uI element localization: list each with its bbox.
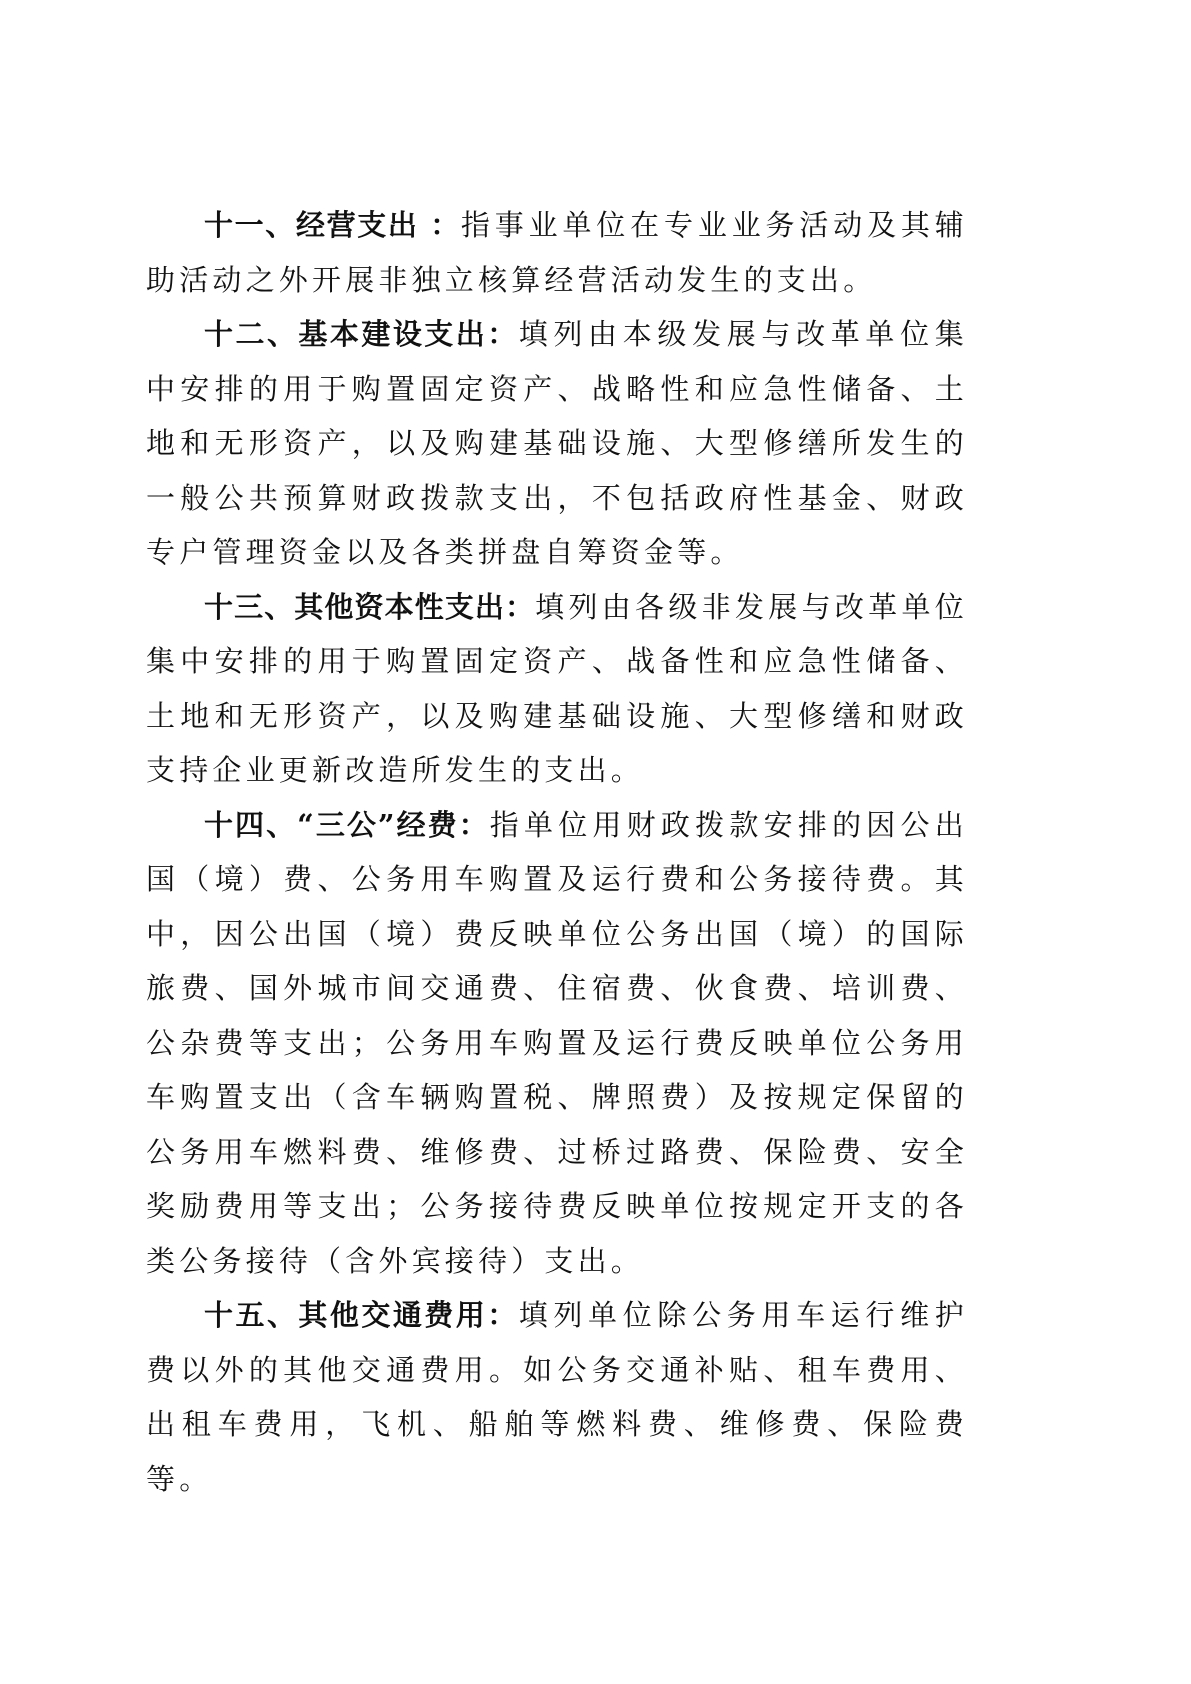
paragraph-capital-construction: 十二、基本建设支出：填列由本级发展与改革单位集中安排的用于购置固定资产、战略性和… [146, 307, 968, 580]
paragraph-three-public-expenses: 十四、“三公”经费：指单位用财政拨款安排的因公出国（境）费、公务用车购置及运行费… [146, 798, 968, 1289]
paragraph-heading: 十四、“三公”经费： [204, 808, 490, 842]
paragraph-heading: 十三、其他资本性支出： [204, 590, 535, 624]
paragraph-body: 填列由本级发展与改革单位集中安排的用于购置固定资产、战略性和应急性储备、土地和无… [146, 317, 968, 569]
paragraph-heading: 十二、基本建设支出： [204, 317, 519, 351]
paragraph-body: 指单位用财政拨款安排的因公出国（境）费、公务用车购置及运行费和公务接待费。其中，… [146, 808, 968, 1278]
paragraph-heading: 十五、其他交通费用： [204, 1298, 519, 1332]
paragraph-operating-expenditure: 十一、经营支出 ：指事业单位在专业业务活动及其辅助活动之外开展非独立核算经营活动… [146, 198, 968, 307]
paragraph-heading: 十一、经营支出 ： [204, 208, 461, 242]
paragraph-other-capital: 十三、其他资本性支出：填列由各级非发展与改革单位集中安排的用于购置固定资产、战备… [146, 580, 968, 798]
paragraph-other-transport: 十五、其他交通费用：填列单位除公务用车运行维护费以外的其他交通费用。如公务交通补… [146, 1288, 968, 1506]
document-page: 十一、经营支出 ：指事业单位在专业业务活动及其辅助活动之外开展非独立核算经营活动… [146, 198, 968, 1506]
